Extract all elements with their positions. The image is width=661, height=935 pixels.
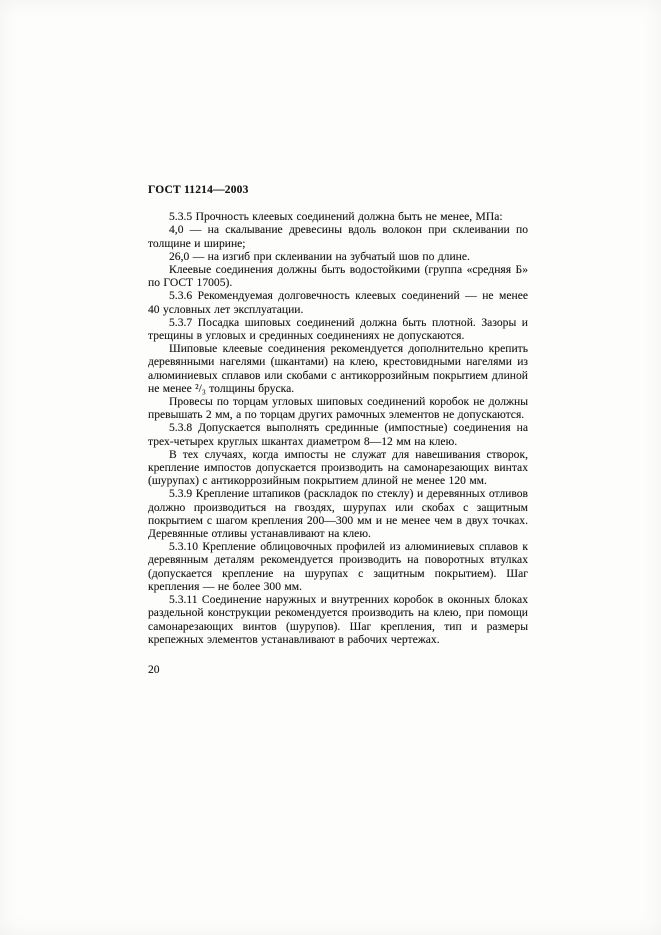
paragraph-5-3-8: 5.3.8 Допускается выполнять срединные (и… bbox=[148, 421, 528, 447]
scanned-document-page: ГОСТ 11214—2003 5.3.5 Прочность клеевых … bbox=[0, 0, 661, 935]
paragraph-strength-bend: 26,0 — на изгиб при склеивании на зубчат… bbox=[148, 250, 528, 263]
paragraph-overhangs: Провесы по торцам угловых шиповых соедин… bbox=[148, 395, 528, 421]
paragraph-5-3-6: 5.3.6 Рекомендуемая долговечность клеевы… bbox=[148, 289, 528, 315]
page-number: 20 bbox=[148, 663, 528, 676]
document-header: ГОСТ 11214—2003 bbox=[148, 184, 528, 197]
paragraph-5-3-9: 5.3.9 Крепление штапиков (раскладок по с… bbox=[148, 487, 528, 540]
paragraph-5-3-10: 5.3.10 Крепление облицовочных профилей и… bbox=[148, 540, 528, 593]
paragraph-mullion-fastening: В тех случаях, когда импосты не служат д… bbox=[148, 448, 528, 488]
page-content: ГОСТ 11214—2003 5.3.5 Прочность клеевых … bbox=[148, 184, 528, 676]
paragraph-tenon-joints: Шиповые клеевые соединения рекомендуется… bbox=[148, 342, 528, 395]
paragraph-water-resistance: Клеевые соединения должны быть водостойк… bbox=[148, 263, 528, 289]
paragraph-5-3-5: 5.3.5 Прочность клеевых соединений должн… bbox=[148, 210, 528, 223]
paragraph-5-3-7: 5.3.7 Посадка шиповых соединений должна … bbox=[148, 316, 528, 342]
paragraph-5-3-11: 5.3.11 Соединение наружных и внутренних … bbox=[148, 593, 528, 646]
paragraph-strength-shear: 4,0 — на скалывание древесины вдоль воло… bbox=[148, 223, 528, 249]
